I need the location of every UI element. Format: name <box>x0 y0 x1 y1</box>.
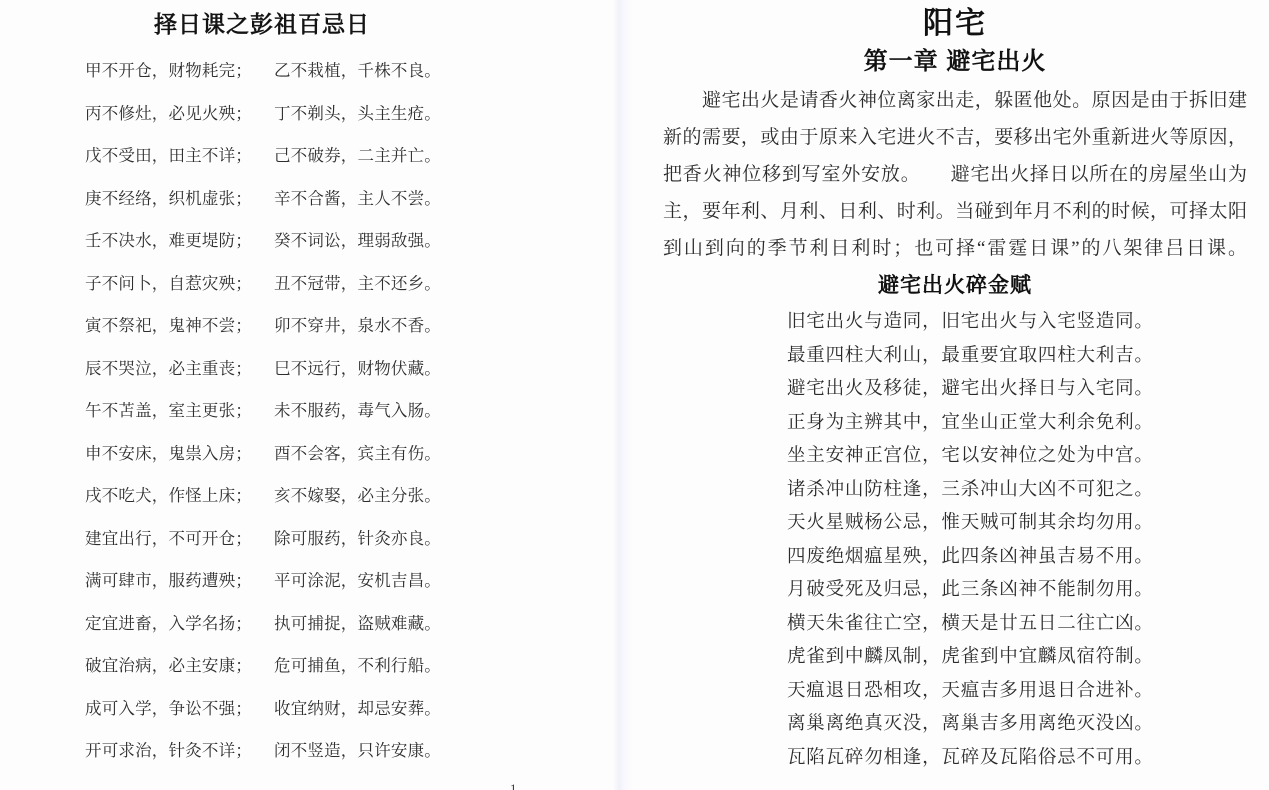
verse-line: 四废绝烟瘟星殃，此四条凶神虽吉易不用。 <box>787 541 1247 575</box>
couplet-second-clause: 收宜纳财，却忌安葬。 <box>274 695 441 719</box>
verse-line: 最重四柱大利山，最重要宜取四柱大利吉。 <box>787 340 1247 374</box>
couplet-second-clause: 己不破券，二主并亡。 <box>274 142 441 166</box>
paragraph-line: 新的需要，或由于原来入宅进火不吉，要移出宅外重新进火等原因， <box>663 119 1247 156</box>
couplet-line: 甲不开仓，财物耗完； 乙不栽植，千株不良。 <box>85 48 620 91</box>
couplet-list: 甲不开仓，财物耗完； 乙不栽植，千株不良。 丙不修灶，必见火殃； 丁不剃头，头主… <box>85 48 620 771</box>
couplet-second-clause: 除可服药，针灸亦良。 <box>274 525 441 549</box>
couplet-first-clause: 破宜治病，必主安康； <box>85 652 252 676</box>
couplet-first-clause: 甲不开仓，财物耗完； <box>85 57 252 81</box>
couplet-second-clause: 闭不竖造，只许安康。 <box>274 737 441 761</box>
couplet-second-clause: 危可捕鱼，不利行船。 <box>274 652 441 676</box>
couplet-first-clause: 成可入学，争讼不强； <box>85 695 252 719</box>
verse-line: 横天朱雀往亡空，横天是廿五日二往亡凶。 <box>787 608 1247 642</box>
couplet-line: 戊不受田，田主不详； 己不破券，二主并亡。 <box>85 133 620 176</box>
verse-line: 正身为主辨其中，宜坐山正堂大利余免利。 <box>787 407 1247 441</box>
couplet-second-clause: 酉不会客，宾主有伤。 <box>274 440 441 464</box>
couplet-second-clause: 平可涂泥，安机吉昌。 <box>274 567 441 591</box>
couplet-line: 庚不经络，织机虚张； 辛不合酱，主人不尝。 <box>85 176 620 219</box>
couplet-first-clause: 建宜出行，不可开仓； <box>85 525 252 549</box>
couplet-second-clause: 巳不远行，财物伏藏。 <box>274 355 441 379</box>
chapter-title: 第一章 避宅出火 <box>663 44 1247 80</box>
verse-line: 虎雀到中麟凤制，虎雀到中宜麟凤宿符制。 <box>787 641 1247 675</box>
couplet-first-clause: 子不问卜，自惹灾殃； <box>85 270 252 294</box>
couplet-second-clause: 癸不词讼，理弱敌强。 <box>274 227 441 251</box>
couplet-line: 丙不修灶，必见火殃； 丁不剃头，头主生疮。 <box>85 91 620 134</box>
couplet-second-clause: 卯不穿井，泉水不香。 <box>274 312 441 336</box>
couplet-line: 壬不决水，难更堤防； 癸不词讼，理弱敌强。 <box>85 218 620 261</box>
verse-line: 离巢离绝真灭没，离巢吉多用离绝灭没凶。 <box>787 708 1247 742</box>
couplet-second-clause: 未不服药，毒气入肠。 <box>274 397 441 421</box>
couplet-first-clause: 开可求治，针灸不详； <box>85 737 252 761</box>
couplet-line: 建宜出行，不可开仓； 除可服药，针灸亦良。 <box>85 516 620 559</box>
verse-line: 天瘟退日恐相攻，天瘟吉多用退日合进补。 <box>787 675 1247 709</box>
couplet-line: 寅不祭祀，鬼神不尝； 卯不穿井，泉水不香。 <box>85 303 620 346</box>
couplet-second-clause: 执可捕捉，盗贼难藏。 <box>274 610 441 634</box>
couplet-first-clause: 申不安床，鬼祟入房； <box>85 440 252 464</box>
couplet-first-clause: 壬不决水，难更堤防； <box>85 227 252 251</box>
couplet-first-clause: 辰不哭泣，必主重丧； <box>85 355 252 379</box>
couplet-line: 申不安床，鬼祟入房； 酉不会客，宾主有伤。 <box>85 431 620 474</box>
couplet-first-clause: 戌不吃犬，作怪上床； <box>85 482 252 506</box>
verse-list: 旧宅出火与造同，旧宅出火与入宅竖造同。 最重四柱大利山，最重要宜取四柱大利吉。 … <box>787 306 1247 775</box>
couplet-first-clause: 满可肆市，服药遭殃； <box>85 567 252 591</box>
couplet-second-clause: 乙不栽植，千株不良。 <box>274 57 441 81</box>
chapter-paragraph: 避宅出火是请香火神位离家出走，躲匿他处。原因是由于拆旧建 新的需要，或由于原来入… <box>663 82 1247 267</box>
couplet-first-clause: 丙不修灶，必见火殃； <box>85 100 252 124</box>
couplet-line: 破宜治病，必主安康； 危可捕鱼，不利行船。 <box>85 643 620 686</box>
verse-line: 旧宅出火与造同，旧宅出火与入宅竖造同。 <box>787 306 1247 340</box>
couplet-second-clause: 辛不合酱，主人不尝。 <box>274 185 441 209</box>
couplet-first-clause: 寅不祭祀，鬼神不尝； <box>85 312 252 336</box>
right-page: 阳宅 第一章 避宅出火 避宅出火是请香火神位离家出走，躲匿他处。原因是由于拆旧建… <box>620 0 1269 790</box>
book-spread: 择日课之彭祖百忌日 甲不开仓，财物耗完； 乙不栽植，千株不良。 丙不修灶，必见火… <box>0 0 1269 790</box>
couplet-line: 子不问卜，自惹灾殃； 丑不冠带，主不还乡。 <box>85 261 620 304</box>
couplet-first-clause: 定宜进畜，入学名扬； <box>85 610 252 634</box>
couplet-second-clause: 亥不嫁娶，必主分张。 <box>274 482 441 506</box>
couplet-second-clause: 丁不剃头，头主生疮。 <box>274 100 441 124</box>
couplet-line: 午不苫盖，室主更张； 未不服药，毒气入肠。 <box>85 388 620 431</box>
verse-line: 避宅出火及移徒，避宅出火择日与入宅同。 <box>787 373 1247 407</box>
paragraph-line: 避宅出火是请香火神位离家出走，躲匿他处。原因是由于拆旧建 <box>663 82 1247 119</box>
verse-subtitle: 避宅出火碎金赋 <box>663 271 1247 301</box>
verse-line: 月破受死及归忌，此三条凶神不能制勿用。 <box>787 574 1247 608</box>
verse-line: 天火星贼杨公忌，惟天贼可制其余均勿用。 <box>787 507 1247 541</box>
couplet-line: 辰不哭泣，必主重丧； 巳不远行，财物伏藏。 <box>85 346 620 389</box>
paragraph-line: 把香火神位移到写室外安放。 避宅出火择日以所在的房屋坐山为 <box>663 156 1247 193</box>
verse-line: 坐主安神正宫位，宅以安神位之处为中宫。 <box>787 440 1247 474</box>
paragraph-line: 主，要年利、月利、日利、时利。当碰到年月不利的时候，可择太阳 <box>663 193 1247 230</box>
couplet-line: 开可求治，针灸不详； 闭不竖造，只许安康。 <box>85 728 620 771</box>
couplet-second-clause: 丑不冠带，主不还乡。 <box>274 270 441 294</box>
couplet-line: 成可入学，争讼不强； 收宜纳财，却忌安葬。 <box>85 686 620 729</box>
couplet-line: 戌不吃犬，作怪上床； 亥不嫁娶，必主分张。 <box>85 473 620 516</box>
verse-line: 瓦陷瓦碎勿相逢，瓦碎及瓦陷俗忌不可用。 <box>787 742 1247 776</box>
couplet-line: 定宜进畜，入学名扬； 执可捕捉，盗贼难藏。 <box>85 601 620 644</box>
couplet-line: 满可肆市，服药遭殃； 平可涂泥，安机吉昌。 <box>85 558 620 601</box>
left-page: 择日课之彭祖百忌日 甲不开仓，财物耗完； 乙不栽植，千株不良。 丙不修灶，必见火… <box>0 0 620 790</box>
right-page-title: 阳宅 <box>663 4 1247 44</box>
verse-line: 诸杀冲山防柱逢，三杀冲山大凶不可犯之。 <box>787 474 1247 508</box>
paragraph-line: 到山到向的季节利日利时；也可择“雷霆日课”的八架律吕日课。 <box>663 230 1247 267</box>
couplet-first-clause: 午不苫盖，室主更张； <box>85 397 252 421</box>
page-number: 1 <box>510 781 517 790</box>
couplet-first-clause: 戊不受田，田主不详； <box>85 142 252 166</box>
couplet-first-clause: 庚不经络，织机虚张； <box>85 185 252 209</box>
left-page-title: 择日课之彭祖百忌日 <box>85 8 439 40</box>
